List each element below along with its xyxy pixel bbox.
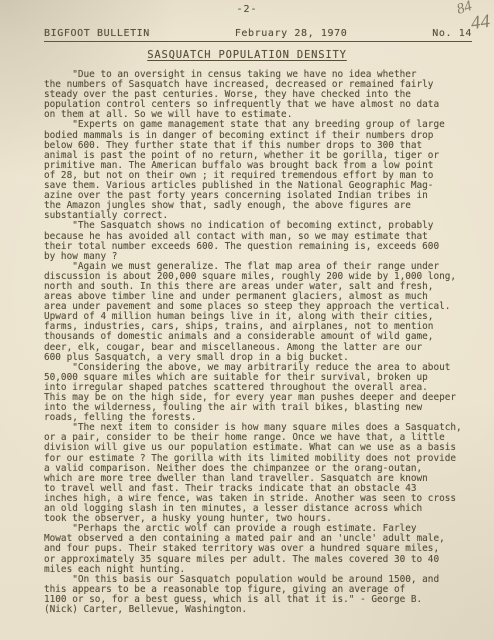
article-body: "Due to an oversight in census taking we… [44, 70, 476, 615]
handwritten-annotation: 44 [470, 11, 492, 35]
body-line: "The Sasquatch shows no indication of be… [44, 221, 476, 231]
bulletin-header: BIGFOOT BULLETIN February 28, 1970 No. 1… [44, 28, 472, 42]
handwritten-dot: . [433, 22, 437, 38]
page-number: -2- [0, 0, 494, 15]
body-line: and four pups. Their staked territory wa… [44, 544, 476, 554]
issue-number: No. 14 [432, 28, 472, 39]
issue-date: February 28, 1970 [235, 28, 348, 39]
body-line: (Nick) Carter, Bellevue, Washington. [44, 605, 476, 615]
article-title: SASQUATCH POPULATION DENSITY [0, 49, 494, 61]
publication-name: BIGFOOT BULLETIN [44, 28, 150, 39]
scanned-document-page: -2- 84 . 44 BIGFOOT BULLETIN February 28… [0, 0, 494, 640]
